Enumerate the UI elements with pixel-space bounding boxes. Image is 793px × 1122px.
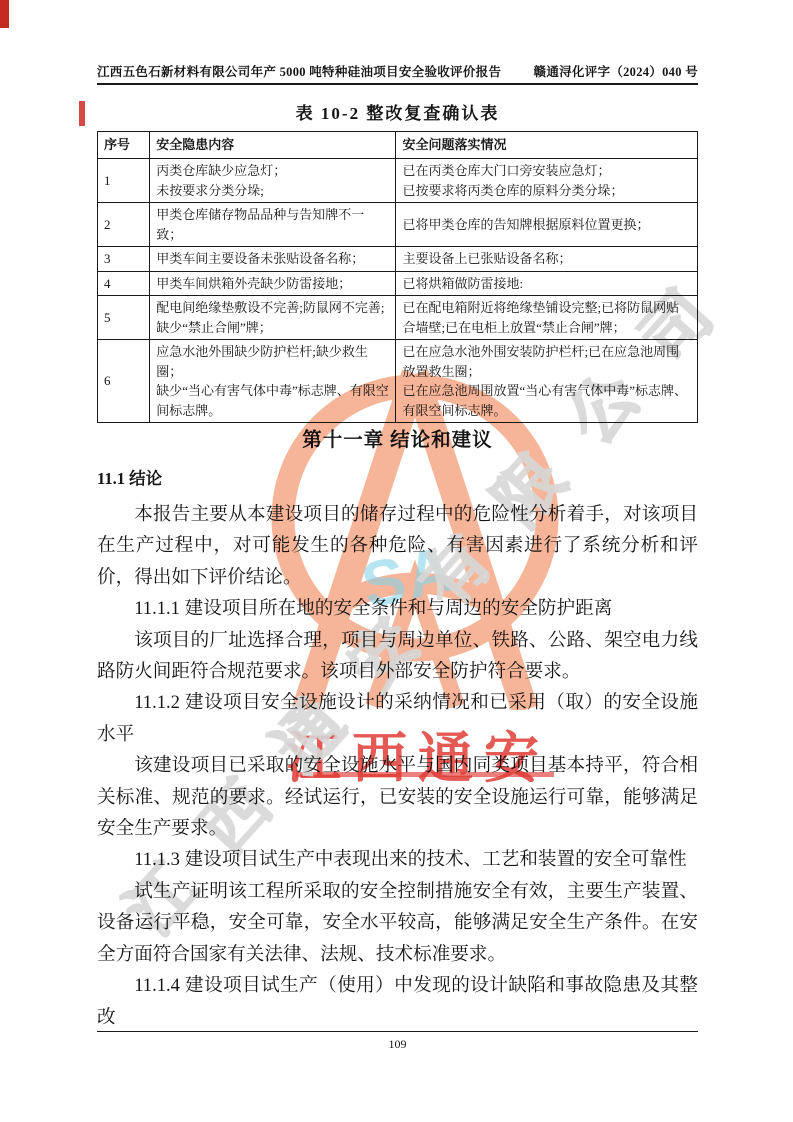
- header-cell-no: 序号: [98, 132, 150, 159]
- header-cell-resolution: 安全问题落实情况: [396, 132, 698, 159]
- subsection-heading: 11.1.4 建设项目试生产（使用）中发现的设计缺陷和事故隐患及其整改: [97, 970, 698, 1033]
- rectification-review-table: 序号 安全隐患内容 安全问题落实情况 1 丙类仓库缺少应急灯； 未按要求分类分垛…: [97, 131, 698, 423]
- subsection-heading: 11.1.3 建设项目试生产中表现出来的技术、工艺和装置的安全可靠性: [97, 844, 698, 875]
- table-row: 6 应急水池外围缺少防护栏杆;缺少救生圈； 缺少“当心有害气体中毒”标志牌、有限…: [98, 340, 698, 423]
- issue-cell: 丙类仓库缺少应急灯； 未按要求分类分垛;: [150, 159, 396, 203]
- issue-cell: 甲类车间烘箱外壳缺少防雷接地；: [150, 271, 396, 296]
- header-report-title: 江西五色石新材料有限公司年产 5000 吨特种硅油项目安全验收评价报告: [97, 62, 501, 80]
- row-number-cell: 5: [98, 296, 150, 340]
- scan-artifact: [79, 101, 85, 126]
- table-row: 2 甲类仓库储存物品品种与告知牌不一致； 已将甲类仓库的告知牌根据原料位置更换；: [98, 203, 698, 247]
- resolution-cell: 已在丙类仓库大门口旁安装应急灯； 已按要求将丙类仓库的原料分类分垛；: [396, 159, 698, 203]
- table-row: 3 甲类车间主要设备未张贴设备名称； 主要设备上已张贴设备名称；: [98, 247, 698, 272]
- subsection-heading: 11.1.1 建设项目所在地的安全条件和与周边的安全防护距离: [97, 593, 698, 624]
- row-number-cell: 4: [98, 271, 150, 296]
- chapter-title: 第十一章 结论和建议: [97, 424, 698, 452]
- body-content: 本报告主要从本建设项目的储存过程中的危险性分析着手，对该项目在生产过程中，对可能…: [97, 499, 698, 1033]
- table-row: 4 甲类车间烘箱外壳缺少防雷接地； 已将烘箱做防雷接地:: [98, 271, 698, 296]
- paragraph: 试生产证明该工程所采取的安全控制措施安全有效，主要生产装置、设备运行平稳，安全可…: [97, 876, 698, 970]
- paragraph: 该项目的厂址选择合理，项目与周边单位、铁路、公路、架空电力线路防火间距符合规范要…: [97, 625, 698, 688]
- page-number: 109: [97, 1037, 698, 1052]
- table-row: 1 丙类仓库缺少应急灯； 未按要求分类分垛; 已在丙类仓库大门口旁安装应急灯； …: [98, 159, 698, 203]
- scan-artifact: [0, 0, 9, 28]
- resolution-cell: 已在应急水池外围安装防护栏杆;已在应急池周围放置救生圈； 已在应急池周围放置“当…: [396, 340, 698, 423]
- row-number-cell: 6: [98, 340, 150, 423]
- resolution-cell: 已在配电箱附近将绝缘垫铺设完整;已将防鼠网贴合墙壁;已在电柜上放置“禁止合闸”牌…: [396, 296, 698, 340]
- issue-cell: 应急水池外围缺少防护栏杆;缺少救生圈； 缺少“当心有害气体中毒”标志牌、有限空间…: [150, 340, 396, 423]
- page-header: 江西五色石新材料有限公司年产 5000 吨特种硅油项目安全验收评价报告 赣通浔化…: [97, 62, 698, 85]
- table-row: 5 配电间绝缘垫敷设不完善;防鼠网不完善; 缺少“禁止合闸”牌； 已在配电箱附近…: [98, 296, 698, 340]
- paragraph: 该建设项目已采取的安全设施水平与国内同类项目基本持平，符合相关标准、规范的要求。…: [97, 750, 698, 844]
- row-number-cell: 2: [98, 203, 150, 247]
- row-number-cell: 3: [98, 247, 150, 272]
- subsection-heading: 11.1.2 建设项目安全设施设计的采纳情况和已采用（取）的安全设施水平: [97, 687, 698, 750]
- resolution-cell: 已将烘箱做防雷接地:: [396, 271, 698, 296]
- issue-cell: 配电间绝缘垫敷设不完善;防鼠网不完善; 缺少“禁止合闸”牌；: [150, 296, 396, 340]
- row-number-cell: 1: [98, 159, 150, 203]
- resolution-cell: 已将甲类仓库的告知牌根据原料位置更换；: [396, 203, 698, 247]
- paragraph: 本报告主要从本建设项目的储存过程中的危险性分析着手，对该项目在生产过程中，对可能…: [97, 499, 698, 593]
- resolution-cell: 主要设备上已张贴设备名称；: [396, 247, 698, 272]
- header-document-number: 赣通浔化评字（2024）040 号: [534, 62, 698, 80]
- table-title: 表 10-2 整改复查确认表: [97, 99, 698, 124]
- table-header-row: 序号 安全隐患内容 安全问题落实情况: [98, 132, 698, 159]
- header-cell-issue: 安全隐患内容: [150, 132, 396, 159]
- issue-cell: 甲类车间主要设备未张贴设备名称；: [150, 247, 396, 272]
- issue-cell: 甲类仓库储存物品品种与告知牌不一致；: [150, 203, 396, 247]
- section-heading: 11.1 结论: [97, 465, 162, 489]
- document-page: 江西五色石新材料有限公司年产 5000 吨特种硅油项目安全验收评价报告 赣通浔化…: [0, 0, 793, 1122]
- footer-rule: [97, 1031, 698, 1032]
